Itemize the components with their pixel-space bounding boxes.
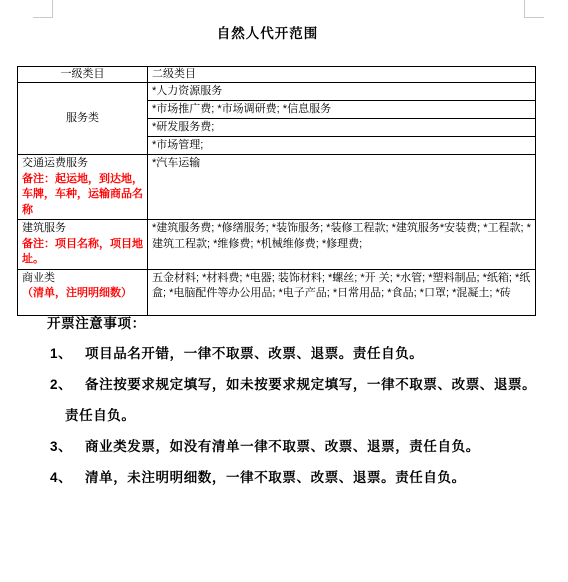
category-label-construction: 建筑服务: [22, 221, 143, 237]
category-cell-construction: 建筑服务 备注：项目名称，项目地址。: [18, 220, 148, 270]
category-label-commercial: 商业类: [22, 271, 143, 287]
table-row-construction: 建筑服务 备注：项目名称，项目地址。 *建筑服务费; *修缮服务; *装饰服务;…: [18, 220, 536, 270]
notes-heading: 开票注意事项：: [47, 312, 146, 332]
page-title: 自然人代开范围: [0, 22, 535, 42]
note-number-4: 4、: [50, 466, 72, 486]
commercial-note-text: （清单，注明明细数）: [22, 286, 143, 302]
category-cell-transport: 交通运费服务 备注：起运地，到达地，车牌，车种，运输商品名称: [18, 155, 148, 220]
table-row-commercial: 商业类 （清单，注明明细数） 五金材料; *材料费; *电器; 装饰材料; *螺…: [18, 269, 536, 315]
construction-note-text: 备注：项目名称，项目地址。: [22, 237, 143, 268]
table-row-service-1: 服务类 *人力资源服务: [18, 83, 536, 101]
note-number-3: 3、: [50, 435, 72, 455]
note-text-1: 项目品名开错，一律不取票、改票、退票。责任自负。: [85, 342, 423, 362]
category-label-transport: 交通运费服务: [22, 156, 143, 172]
note-number-1: 1、: [50, 342, 72, 362]
item-cell-service-1: *人力资源服务: [148, 83, 536, 101]
table-row-transport: 交通运费服务 备注：起运地，到达地，车牌，车种，运输商品名称 *汽车运输: [18, 155, 536, 220]
item-cell-service-4: *市场管理;: [148, 137, 536, 155]
category-cell-commercial: 商业类 （清单，注明明细数）: [18, 269, 148, 315]
item-cell-construction: *建筑服务费; *修缮服务; *装饰服务; *装修工程款; *建筑服务*安装费;…: [148, 220, 536, 270]
table-header-row: 一级类目 二级类目: [18, 67, 536, 83]
header-cell-level1: 一级类目: [18, 67, 148, 83]
note-item-2-continued: 责任自负。: [65, 404, 136, 424]
note-text-4: 清单，未注明明细数，一律不取票、改票、退票。责任自负。: [85, 466, 466, 486]
item-cell-service-3: *研发服务费;: [148, 119, 536, 137]
transport-note-text: 备注：起运地，到达地，车牌，车种，运输商品名称: [22, 172, 143, 219]
category-cell-service: 服务类: [18, 83, 148, 155]
page-margin-mark-top-left: [33, 0, 53, 18]
note-text-2: 备注按要求规定填写，如未按要求规定填写，一律不取票、改票、退票。: [85, 373, 536, 393]
note-number-2: 2、: [50, 373, 72, 393]
page-margin-mark-top-right: [524, 0, 544, 18]
note-text-3: 商业类发票，如没有清单一律不取票、改票、退票，责任自负。: [85, 435, 480, 455]
document-page: { "page": { "title": "自然人代开范围" }, "table…: [0, 0, 568, 582]
item-cell-transport: *汽车运输: [148, 155, 536, 220]
category-table: 一级类目 二级类目 服务类 *人力资源服务 *市场推广费; *市场调研费; *信…: [17, 66, 536, 316]
header-cell-level2: 二级类目: [148, 67, 536, 83]
item-cell-service-2: *市场推广费; *市场调研费; *信息服务: [148, 101, 536, 119]
item-cell-commercial: 五金材料; *材料费; *电器; 装饰材料; *螺丝; *开 关; *水管; *…: [148, 269, 536, 315]
